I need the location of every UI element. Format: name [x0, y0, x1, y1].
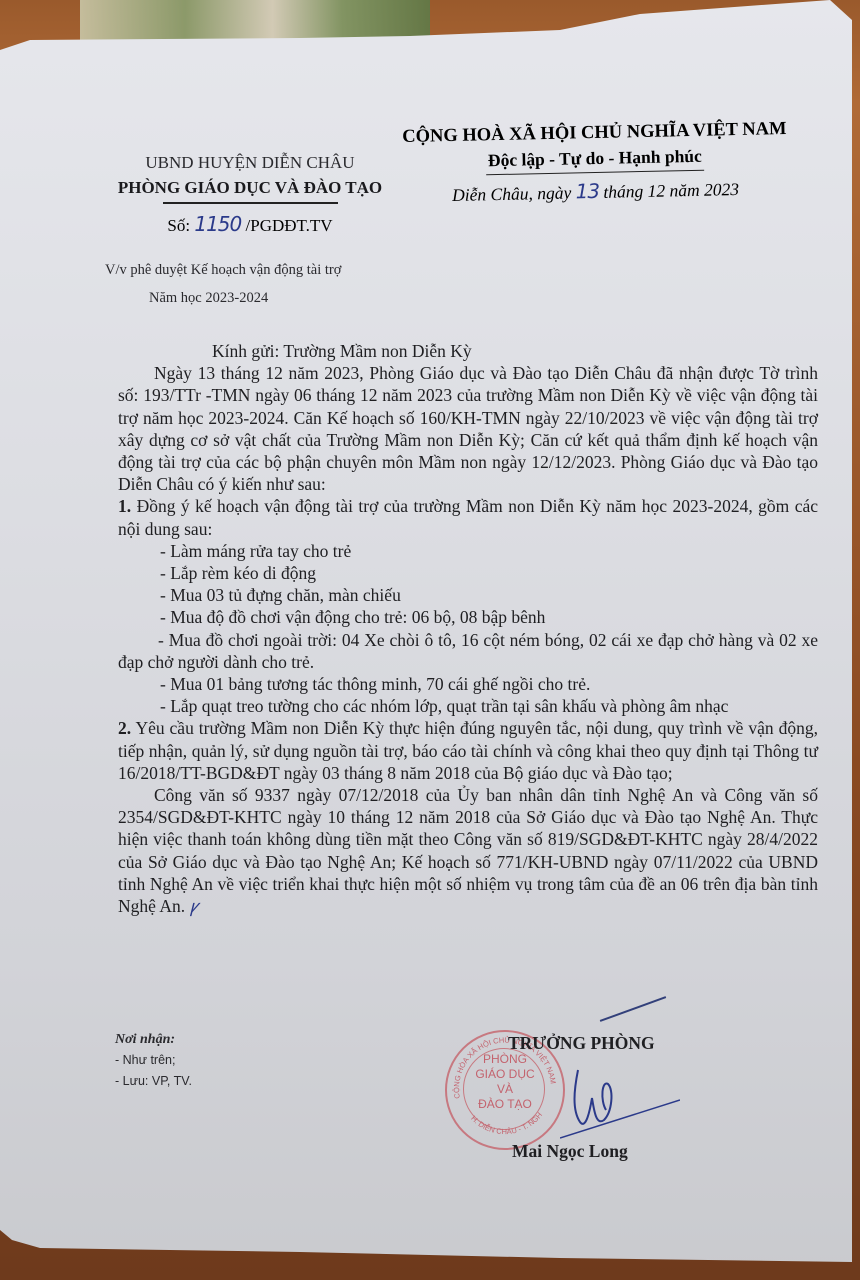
document-number: Số: 1150 /PGDĐT.TV	[100, 210, 400, 240]
bullet-item: - Mua độ đồ chơi vận động cho trẻ: 06 bộ…	[118, 606, 818, 628]
document-body: Kính gửi: Trường Mầm non Diễn Kỳ Ngày 13…	[118, 340, 818, 918]
item-1-text: Đồng ý kế hoạch vận động tài trợ của trư…	[118, 496, 818, 538]
number-prefix: Số:	[167, 216, 190, 235]
item-2-text: Yêu cầu trường Mầm non Diễn Kỳ thực hiện…	[118, 718, 818, 782]
bullet-item: - Lắp quạt treo tường cho các nhóm lớp, …	[118, 695, 818, 717]
handwritten-day: 13	[575, 179, 599, 203]
document-page: UBND HUYỆN DIỄN CHÂU PHÒNG GIÁO DỤC VÀ Đ…	[0, 0, 860, 1280]
country-name: CỘNG HOÀ XÃ HỘI CHỦ NGHĨA VIỆT NAM	[399, 116, 789, 150]
handwritten-number: 1150	[194, 212, 241, 236]
place-date: Diễn Châu, ngày 13 tháng 12 năm 2023	[400, 171, 791, 212]
subject-line-2: Năm học 2023-2024	[105, 284, 341, 312]
bullet-item: - Mua đồ chơi ngoài trời: 04 Xe chòi ô t…	[118, 629, 818, 673]
signature-title: TRƯỞNG PHÒNG	[508, 1033, 655, 1054]
item-1-number: 1.	[118, 496, 131, 516]
department-name: PHÒNG GIÁO DỤC VÀ ĐÀO TẠO	[100, 176, 400, 200]
national-motto: Độc lập - Tự do - Hạnh phúc	[486, 144, 704, 176]
bullet-item: - Mua 03 tủ đựng chăn, màn chiếu	[118, 584, 818, 606]
bullet-item: - Làm máng rửa tay cho trẻ	[118, 540, 818, 562]
header-divider	[163, 202, 338, 204]
item-2: 2. Yêu cầu trường Mầm non Diễn Kỳ thực h…	[118, 717, 818, 784]
item-2-number: 2.	[118, 718, 131, 738]
document-subject: V/v phê duyệt Kế hoạch vận động tài trợ …	[105, 256, 341, 312]
intro-paragraph: Ngày 13 tháng 12 năm 2023, Phòng Giáo dụ…	[118, 362, 818, 495]
place-date-suffix: tháng 12 năm 2023	[603, 179, 739, 202]
approval-stroke	[600, 996, 666, 1021]
subject-line-1: V/v phê duyệt Kế hoạch vận động tài trợ	[105, 256, 341, 284]
bullet-item: - Mua 01 bảng tương tác thông minh, 70 c…	[118, 673, 818, 695]
greeting: Kính gửi: Trường Mầm non Diễn Kỳ	[118, 340, 818, 362]
recipient-item: - Như trên;	[115, 1050, 192, 1071]
signer-name: Mai Ngọc Long	[512, 1141, 628, 1162]
authority-name: UBND HUYỆN DIỄN CHÂU	[100, 150, 400, 176]
closing-text: Công văn số 9337 ngày 07/12/2018 của Ủy …	[118, 785, 818, 916]
closing-paragraph: Công văn số 9337 ngày 07/12/2018 của Ủy …	[118, 784, 818, 918]
signature-scribble	[560, 1060, 680, 1150]
number-suffix: /PGDĐT.TV	[246, 216, 333, 235]
recipients-title: Nơi nhận:	[115, 1029, 192, 1050]
item-1: 1. Đồng ý kế hoạch vận động tài trợ của …	[118, 495, 818, 539]
recipient-item: - Lưu: VP, TV.	[115, 1071, 192, 1092]
issuer-header: UBND HUYỆN DIỄN CHÂU PHÒNG GIÁO DỤC VÀ Đ…	[100, 150, 400, 240]
handwritten-initial: ꝩ	[189, 897, 198, 917]
place-date-prefix: Diễn Châu, ngày	[452, 183, 571, 205]
recipients-block: Nơi nhận: - Như trên; - Lưu: VP, TV.	[115, 1029, 192, 1092]
bullet-item: - Lắp rèm kéo di động	[118, 562, 818, 584]
national-header: CỘNG HOÀ XÃ HỘI CHỦ NGHĨA VIỆT NAM Độc l…	[399, 116, 791, 212]
